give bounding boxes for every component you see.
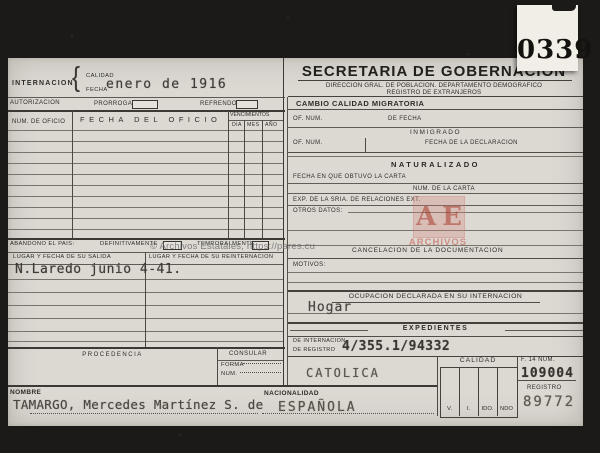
de-fecha-label: DE FECHA [388,116,422,122]
expedientes-header: EXPEDIENTES [288,325,583,332]
f14-label: F. 14 NUM. [521,357,555,363]
rule-line [8,97,285,98]
registro-subtitle: REGISTRO DE EXTRANJEROS [290,90,578,96]
rule-line [283,58,284,385]
expediente-value: 4/355.1/94332 [342,340,450,353]
rule-line [8,196,283,197]
fecha-label: FECHA [86,88,108,94]
rule-line [8,238,285,240]
rule-line [8,347,285,349]
rule-line [288,109,583,110]
rule-line [244,120,245,238]
rule-line [288,156,583,157]
refrendo-label: REFRENDO [200,101,237,107]
nacionalidad-label: NACIONALIDAD [264,391,319,398]
rule-line [288,183,583,184]
num-carta-label: NUM. DE LA CARTA [413,186,475,192]
fecha-carta-label: FECHA EN QUE OBTUVO LA CARTA [293,174,406,180]
nombre-value: TAMARGO, Mercedes Martínez S. de [13,399,263,412]
inmigrado-header: INMIGRADO [288,130,583,137]
motivos-label: MOTIVOS: [293,262,326,268]
registro-value: 89772 [523,395,575,409]
rule-line [8,174,283,175]
otros-datos-label: OTROS DATOS: [293,208,343,214]
rule-line [8,130,283,131]
ocupacion-value: Hogar [308,301,352,314]
fecha-oficio-header: FECHA DEL OFICIO [80,116,221,124]
archive-url-watermark: © Archivos Estatales, https://pares.cu [150,241,315,252]
num-oficio-header: NUM. DE OFICIO [12,119,65,125]
rule-line [288,290,583,292]
refrendo-checkbox [236,100,258,109]
rule-line [288,152,583,153]
rule-line [217,360,283,361]
naturalizado-header: NATURALIZADO [288,161,583,169]
procedencia-header: PROCEDENCIA [8,352,217,358]
archive-logo-word: ARCHIVOS [404,237,472,248]
salida-value: N.Laredo junio 4-41. [15,263,182,276]
rule-line [288,336,583,337]
rule-line [288,258,583,259]
internacion-label: INTERNACION [12,80,74,87]
consular-num-label: NUM. [221,372,237,378]
calidad-header: CALIDAD [440,358,516,365]
of-num2-label: OF. NUM. [293,140,323,146]
calidad-col-i: I. [459,406,478,412]
ano-header: AÑO [265,123,277,128]
cancelacion-header: CANCELACION DE LA DOCUMENTACION [352,248,503,255]
nacionalidad-value: ESPAÑOLA [278,401,357,414]
rule-line [288,127,583,128]
registro-label: REGISTRO [527,385,562,391]
archive-logo-watermark: AE [413,196,465,238]
autorizacion-label: AUTORIZACION [10,100,60,106]
rule-line [72,111,73,238]
rule-line [298,80,572,81]
fecha-declaracion-label: FECHA DE LA DECLARACION [425,140,518,146]
forma-dotted-line [243,363,281,364]
brace-glyph: { [72,64,80,92]
reinternacion-header: LUGAR Y FECHA DE SU REINTERNACION [149,255,273,261]
f14-value: 109004 [521,367,574,380]
prorroga-checkbox [132,100,158,109]
vencimientos-header: VENCIMIENTOS [230,113,269,118]
rule-line [8,185,283,186]
rule-line [288,322,583,324]
rule-line [8,141,283,142]
rule-line [288,193,583,194]
scanned-page: 0339 INTERNACION { CALIDAD FECHA enero d… [0,0,600,453]
de-internacion-label: DE INTERNACION [293,339,346,345]
rule-line [228,120,283,121]
rule-line [217,347,218,385]
dia-header: DIA [232,123,242,128]
salida-header: LUGAR Y FECHA DE SU SALIDA [13,255,111,261]
forma-label: FORMA [221,363,244,369]
fecha-internacion-value: enero de 1916 [106,78,227,91]
rule-line [8,229,283,230]
abandono-label: ABANDONO EL PAIS: [10,242,74,248]
mes-header: MES [247,123,259,128]
rule-line [365,138,366,152]
rule-line [8,163,283,164]
rule-line [288,282,583,283]
calidad-col-ndo: NDO [497,406,516,412]
rule-line [288,272,583,273]
rule-line [8,152,283,153]
rule-line [437,356,438,416]
calidad-col-v: V. [440,406,459,412]
label-tear-mark [552,2,576,11]
archive-logo-letters: AE [410,202,468,232]
de-registro-label: DE REGISTRO [293,348,335,354]
rule-line [8,385,437,387]
page-number: 0339 [517,35,578,65]
rule-line [8,207,283,208]
page-number-label: 0339 [517,5,578,71]
of-num-label: OF. NUM. [293,116,323,122]
nombre-label: NOMBRE [10,390,41,397]
exp-sria-label: EXP. DE LA SRIA. DE RELACIONES EXT. [293,197,421,203]
rule-line [228,111,229,238]
prorroga-label: PRORROGA [94,101,132,107]
consular-header: CONSULAR [229,351,267,357]
rule-line [332,302,540,303]
calidad-col-ido: IDO. [478,406,497,412]
rule-line [262,120,263,238]
num-dotted-line [240,372,281,373]
rule-line [8,218,283,219]
nombre-underline [30,413,258,414]
cambio-calidad-header: CAMBIO CALIDAD MIGRATORIA [296,100,424,108]
religion-value: CATOLICA [306,367,380,379]
